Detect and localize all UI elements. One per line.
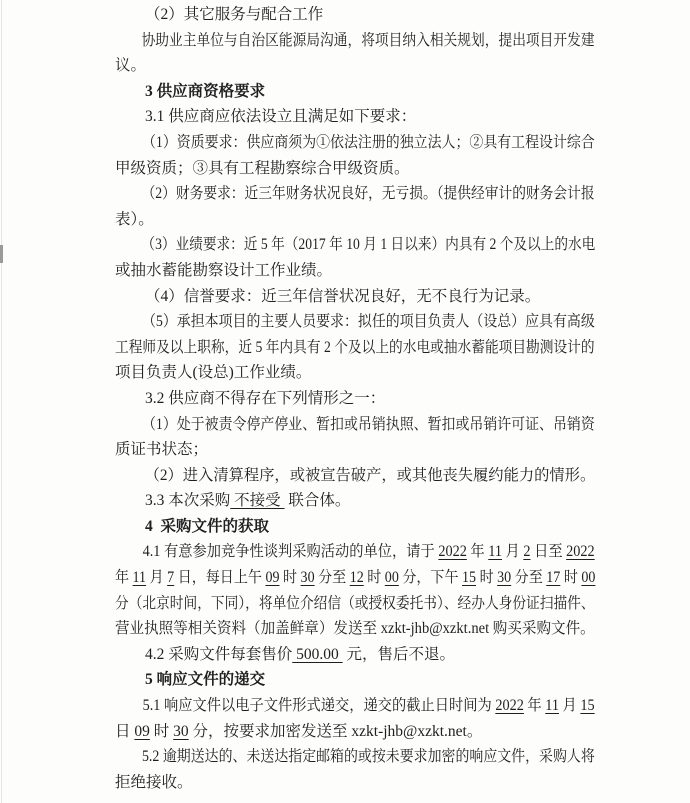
text-run: 元，售后不退。: [343, 646, 455, 663]
document-line: 甲级资质；③具有工程勘察综合甲级资质。: [115, 156, 593, 182]
document-line: 分（北京时间，下同），将单位介绍信（或授权委托书）、经办人身份证扫描件、: [115, 591, 538, 617]
text-run: 年: [467, 543, 488, 560]
text-run: 日: [115, 723, 134, 740]
text-run: 月: [559, 697, 580, 714]
text-run: 协助业主单位与自治区能源局沟通，将项目纳入相关规划，提出项目开发建: [142, 32, 595, 49]
document-line: 4.2 采购文件每套售价 500.00 元，售后不退。: [115, 642, 593, 668]
text-run: 日，每日上午: [174, 569, 265, 586]
underlined-value: 09: [134, 723, 150, 740]
document-line: 营业执照等相关资料（加盖鲜章）发送至 xzkt-jhb@xzkt.net 购买采…: [115, 616, 564, 642]
underlined-value: 15: [580, 697, 594, 714]
document-content: （2）其它服务与配合工作协助业主单位与自治区能源局沟通，将项目纳入相关规划，提出…: [115, 2, 593, 795]
document-line: 或抽水蓄能勘察设计工作业绩。: [115, 258, 593, 284]
text-run: 时: [364, 569, 385, 586]
text-run: 时: [560, 569, 581, 586]
text-run: 5.2 逾期送达的、未送达指定邮箱的或按未要求加密的响应文件，采购人将: [142, 748, 595, 765]
text-run: 4.1 有意参加竞争性谈判采购活动的单位，请于: [143, 543, 439, 560]
text-run: （4）信誉要求：近三年信誉状况良好，无不良行为记录。: [145, 288, 540, 305]
underlined-value: 00: [581, 569, 595, 586]
document-line: 议。: [115, 53, 593, 79]
text-run: 4 采购文件的获取: [145, 518, 269, 535]
text-run: 或抽水蓄能勘察设计工作业绩。: [115, 262, 332, 279]
text-run: （2）其它服务与配合工作: [145, 6, 323, 23]
underlined-value: 30: [497, 569, 511, 586]
text-run: （2）进入清算程序，或被宣告破产，或其他丧失履约能力的情形。: [145, 467, 596, 484]
document-line: 拒绝接收。: [115, 770, 593, 796]
underlined-value: 500.00: [292, 646, 342, 663]
text-run: 工程师及以上职称，近 5 年内具有 2 个及以上的水电或抽水蓄能项目勘测设计的: [115, 339, 595, 356]
underlined-value: 30: [173, 723, 189, 740]
text-run: 议。: [115, 57, 146, 74]
underlined-value: 00: [385, 569, 399, 586]
document-line: 3.3 本次采购 不接受 联合体。: [115, 488, 593, 514]
underlined-value: 2022: [438, 543, 467, 560]
text-run: 时: [150, 723, 173, 740]
text-run: 5 响应文件的递交: [145, 671, 265, 688]
section-heading: 3 供应商资格要求: [115, 79, 593, 105]
document-line: （3）业绩要求：近 5 年（2017 年 10 月 1 日以来）内具有 2 个及…: [115, 232, 536, 258]
scan-edge-line: [1, 0, 2, 803]
text-run: 项目负责人(设总)工作业绩。: [115, 364, 311, 381]
text-run: 5.1 响应文件以电子文件形式递交，递交的截止日时间为: [143, 697, 496, 714]
text-run: 年: [115, 569, 133, 586]
text-run: 分，下午: [399, 569, 462, 586]
section-heading: 4 采购文件的获取: [115, 514, 593, 540]
document-line: （4）信誉要求：近三年信誉状况良好，无不良行为记录。: [115, 284, 593, 310]
document-line: 项目负责人(设总)工作业绩。: [115, 360, 593, 386]
document-line: （1）处于被责令停产停业、暂扣或吊销执照、暂扣或吊销许可证、吊销资: [115, 412, 545, 438]
text-run: 时: [279, 569, 300, 586]
underlined-value: 09: [265, 569, 279, 586]
document-line: 日 09 时 30 分，按要求加密发送至 xzkt-jhb@xzkt.net。: [115, 719, 593, 745]
document-line: （2）进入清算程序，或被宣告破产，或其他丧失履约能力的情形。: [115, 463, 586, 489]
underlined-value: 17: [546, 569, 560, 586]
underlined-value: 30: [301, 569, 315, 586]
underlined-value: 11: [133, 569, 147, 586]
text-run: 拒绝接收。: [115, 774, 193, 791]
document-page: （2）其它服务与配合工作协助业主单位与自治区能源局沟通，将项目纳入相关规划，提出…: [0, 0, 690, 803]
underlined-value: 2022: [495, 697, 524, 714]
text-run: （5）承担本项目的主要人员要求：拟任的项目负责人（设总）应具有高级: [142, 313, 595, 330]
document-line: 表）。: [115, 207, 593, 233]
text-run: 3 供应商资格要求: [145, 83, 265, 100]
text-run: 时: [476, 569, 497, 586]
text-run: 年: [524, 697, 545, 714]
scan-tick-mark: [0, 245, 3, 263]
text-run: 表）。: [115, 211, 154, 228]
underlined-value: 11: [545, 697, 559, 714]
underlined-value: 不接受: [230, 492, 284, 509]
underlined-value: 15: [462, 569, 476, 586]
text-run: （1）资质要求：供应商须为①依法注册的独立法人；②具有工程设计综合: [142, 134, 595, 151]
text-run: 质证书状态；: [115, 441, 208, 458]
text-run: 营业执照等相关资料（加盖鲜章）发送至 xzkt-jhb@xzkt.net 购买采…: [115, 620, 595, 637]
underlined-value: 12: [350, 569, 364, 586]
text-run: 月: [502, 543, 523, 560]
document-line: （1）资质要求：供应商须为①依法注册的独立法人；②具有工程设计综合: [115, 130, 545, 156]
text-run: 甲级资质；③具有工程勘察综合甲级资质。: [115, 160, 410, 177]
text-run: 联合体。: [285, 492, 351, 509]
document-line: 4.1 有意参加竞争性谈判采购活动的单位，请于 2022 年 11 月 2 日至…: [115, 539, 555, 565]
document-line: 3.2 供应商不得存在下列情形之一：: [115, 386, 593, 412]
text-run: 3.2 供应商不得存在下列情形之一：: [145, 390, 385, 407]
document-line: （2）财务要求：近三年财务状况良好，无亏损。（提供经审计的财务会计报: [115, 181, 538, 207]
underlined-value: 2: [523, 543, 530, 560]
document-line: （2）其它服务与配合工作: [115, 2, 593, 28]
text-run: 分（北京时间，下同），将单位介绍信（或授权委托书）、经办人身份证扫描件、: [115, 595, 595, 612]
text-run: 分，按要求加密发送至 xzkt-jhb@xzkt.net。: [189, 723, 483, 740]
document-line: 5.1 响应文件以电子文件形式递交，递交的截止日时间为 2022 年 11 月 …: [115, 693, 555, 719]
document-line: 年 11 月 7 日，每日上午 09 时 30 分至 12 时 00 分，下午 …: [115, 565, 548, 591]
text-run: （2）财务要求：近三年财务状况良好，无亏损。（提供经审计的财务会计报: [142, 185, 595, 202]
document-line: 质证书状态；: [115, 437, 593, 463]
document-line: 工程师及以上职称，近 5 年内具有 2 个及以上的水电或抽水蓄能项目勘测设计的: [115, 335, 538, 361]
text-run: 分至: [511, 569, 546, 586]
text-run: （1）处于被责令停产停业、暂扣或吊销执照、暂扣或吊销许可证、吊销资: [142, 416, 595, 433]
text-run: 3.3 本次采购: [145, 492, 230, 509]
text-run: （3）业绩要求：近 5 年（2017 年 10 月 1 日以来）内具有 2 个及…: [141, 236, 595, 253]
section-heading: 5 响应文件的递交: [115, 667, 593, 693]
text-run: 分至: [315, 569, 350, 586]
text-run: 日至: [531, 543, 567, 560]
document-line: 协助业主单位与自治区能源局沟通，将项目纳入相关规划，提出项目开发建: [115, 28, 538, 54]
underlined-value: 2022: [566, 543, 595, 560]
text-run: 4.2 采购文件每套售价: [145, 646, 292, 663]
text-run: 月: [146, 569, 167, 586]
text-run: 3.1 供应商应依法设立且满足如下要求：: [145, 108, 416, 125]
document-line: 3.1 供应商应依法设立且满足如下要求：: [115, 104, 593, 130]
underlined-value: 11: [488, 543, 502, 560]
document-line: （5）承担本项目的主要人员要求：拟任的项目负责人（设总）应具有高级: [115, 309, 545, 335]
document-line: 5.2 逾期送达的、未送达指定邮箱的或按未要求加密的响应文件，采购人将: [115, 744, 545, 770]
